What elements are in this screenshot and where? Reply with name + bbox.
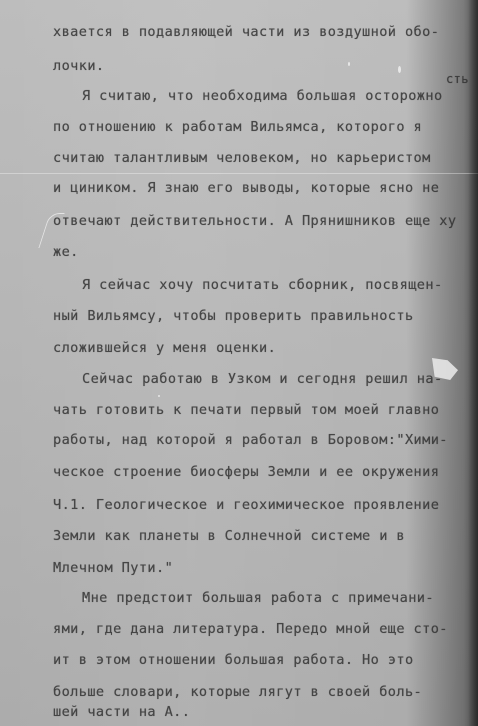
text-line: и циником. Я знаю его выводы, которые яс…	[53, 180, 439, 196]
text-line: считаю талантливым человеком, но карьери…	[53, 150, 431, 166]
page-edge-shadow	[468, 0, 478, 726]
text-line: ческое строение биосферы Земли и ее окру…	[53, 464, 439, 480]
scanned-page: хвается в подавляющей части из воздушной…	[0, 0, 478, 726]
text-line: Я считаю, что необходима большая осторож…	[82, 88, 443, 104]
text-line: лочки.	[53, 58, 105, 74]
text-line: чать готовить к печати первый том моей г…	[53, 402, 439, 418]
text-line: Земли как планеты в Солнечной системе и …	[53, 528, 405, 544]
text-line: ный Вильямсу, чтобы проверить правильнос…	[53, 308, 414, 324]
text-line: по отношению к работам Вильямса, которог…	[53, 119, 422, 135]
text-line: работы, над которой я работал в Боровом:…	[53, 432, 448, 448]
typewritten-text: хвается в подавляющей части из воздушной…	[0, 0, 478, 726]
margin-note: сть	[446, 72, 469, 86]
text-line: Ч.1. Геологическое и геохимическое прояв…	[53, 497, 439, 513]
text-line: Сейчас работаю в Узком и сегодня решил н…	[82, 371, 443, 387]
text-line: сложившейся у меня оценки.	[53, 340, 276, 356]
text-line: же.	[53, 244, 79, 260]
text-line: отвечают действительности. А Прянишников…	[53, 213, 456, 229]
text-line: шей части на А..	[53, 704, 190, 720]
text-line: ит в этом отношении большая работа. Но э…	[53, 652, 414, 668]
text-line: ями, где дана литература. Передо мной ещ…	[53, 621, 448, 637]
text-line: Я сейчас хочу посчитать сборник, посвяще…	[82, 277, 443, 293]
text-line: больше словари, которые лягут в своей бо…	[53, 684, 422, 700]
text-line: Млечном Пути."	[53, 560, 173, 576]
text-line: хвается в подавляющей части из воздушной…	[53, 24, 439, 40]
text-line: Мне предстоит большая работа с примечани…	[82, 590, 434, 606]
